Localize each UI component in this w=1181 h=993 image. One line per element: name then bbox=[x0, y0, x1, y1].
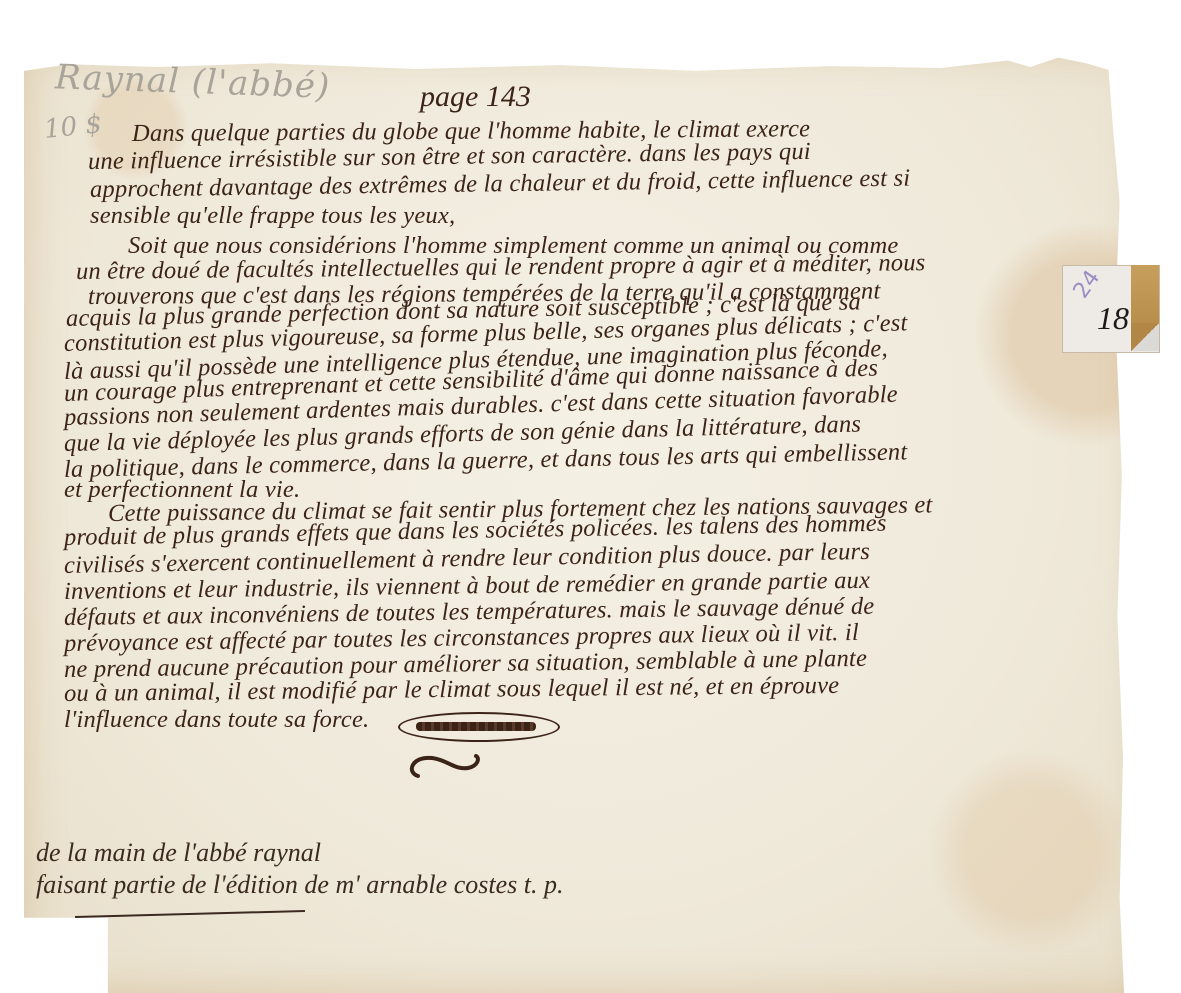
flourish-ornament bbox=[398, 750, 498, 780]
manuscript-line: sensible qu'elle frappe tous les yeux, bbox=[90, 202, 455, 230]
pencil-price: 10 $ bbox=[43, 109, 104, 145]
page-heading: page 143 bbox=[420, 80, 531, 114]
tag-folded-corner bbox=[1131, 265, 1159, 351]
catalogue-tag: 24 18 bbox=[1062, 265, 1160, 353]
later-note-line-2: faisant partie de l'édition de m' arnabl… bbox=[36, 870, 563, 900]
tag-purple-number: 24 bbox=[1069, 266, 1106, 303]
tag-ink-number: 18 bbox=[1097, 300, 1129, 337]
later-note-line-1: de la main de l'abbé raynal bbox=[36, 838, 321, 868]
crossed-out-word bbox=[398, 712, 560, 742]
manuscript-line: l'influence dans toute sa force. bbox=[64, 706, 369, 734]
